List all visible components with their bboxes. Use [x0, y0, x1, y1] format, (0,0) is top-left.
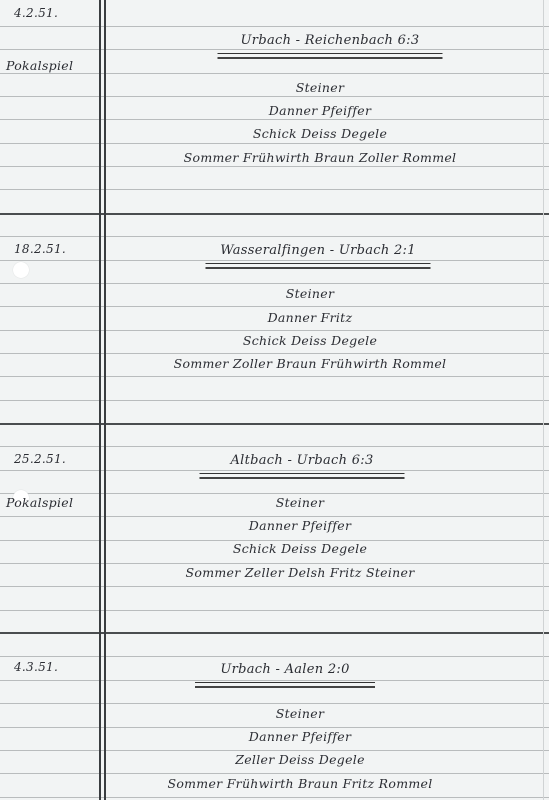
entry-date: 18.2.51. [14, 242, 66, 256]
ruled-line [0, 189, 549, 190]
ruled-line [0, 260, 549, 261]
match-title: Wasseralfingen - Urbach 2:1 [220, 243, 416, 258]
lineup-row: Sommer Frühwirth Braun Zoller Rommel [184, 150, 457, 165]
right-margin-line [543, 0, 544, 800]
section-divider [0, 213, 549, 215]
entry-note: Pokalspiel [6, 495, 73, 510]
lineup-row: Sommer Frühwirth Braun Fritz Rommel [167, 776, 432, 791]
lineup-row: Steiner [286, 286, 335, 301]
ruled-line [0, 703, 549, 704]
lineup-row: Danner Pfeiffer [269, 103, 371, 118]
ruled-line [0, 470, 549, 471]
match-title: Urbach - Reichenbach 6:3 [241, 33, 420, 48]
ruled-line [0, 797, 549, 798]
ruled-line [0, 563, 549, 564]
ruled-line [0, 446, 549, 447]
lineup-row: Sommer Zeller Delsh Fritz Steiner [186, 565, 415, 580]
match-title: Altbach - Urbach 6:3 [230, 453, 373, 468]
section-divider [0, 632, 549, 634]
ruled-line [0, 143, 549, 144]
lineup-row: Danner Pfeiffer [249, 518, 351, 533]
ruled-line [0, 586, 549, 587]
ruled-line [0, 656, 549, 657]
ruled-line [0, 727, 549, 728]
entry-date: 25.2.51. [14, 452, 66, 466]
ruled-line [0, 73, 549, 74]
ruled-line [0, 750, 549, 751]
match-title-underline [206, 263, 431, 269]
lineup-row: Zeller Deiss Degele [235, 752, 365, 767]
entry-date: 4.3.51. [14, 660, 58, 674]
match-title-underline [218, 53, 443, 59]
section-divider [0, 423, 549, 425]
lineup-row: Schick Deiss Degele [243, 333, 377, 348]
entry-date: 4.2.51. [14, 6, 58, 20]
lineup-row: Danner Pfeiffer [249, 729, 351, 744]
ruled-line [0, 353, 549, 354]
lineup-row: Steiner [276, 495, 325, 510]
match-title-underline [195, 682, 375, 688]
ruled-line [0, 236, 549, 237]
ruled-line [0, 119, 549, 120]
ruled-line [0, 773, 549, 774]
ledger-page: 4.2.51.PokalspielUrbach - Reichenbach 6:… [0, 0, 549, 800]
ruled-line [0, 96, 549, 97]
ruled-line [0, 166, 549, 167]
lineup-row: Schick Deiss Degele [253, 126, 387, 141]
lineup-row: Sommer Zoller Braun Frühwirth Rommel [174, 356, 447, 371]
ruled-line [0, 376, 549, 377]
entry-note: Pokalspiel [6, 58, 73, 73]
margin-line [104, 0, 106, 800]
lineup-row: Danner Fritz [268, 310, 353, 325]
ruled-line [0, 610, 549, 611]
ruled-line [0, 400, 549, 401]
ruled-line [0, 306, 549, 307]
lineup-row: Steiner [296, 80, 345, 95]
ruled-line [0, 330, 549, 331]
lineup-row: Steiner [276, 706, 325, 721]
punch-hole [13, 262, 29, 278]
ruled-line [0, 680, 549, 681]
match-title-underline [200, 473, 405, 479]
match-title: Urbach - Aalen 2:0 [220, 662, 349, 677]
ruled-line [0, 283, 549, 284]
margin-line [99, 0, 101, 800]
lineup-row: Schick Deiss Degele [233, 541, 367, 556]
ruled-line [0, 49, 549, 50]
ruled-line [0, 493, 549, 494]
ruled-line [0, 516, 549, 517]
ruled-line [0, 26, 549, 27]
